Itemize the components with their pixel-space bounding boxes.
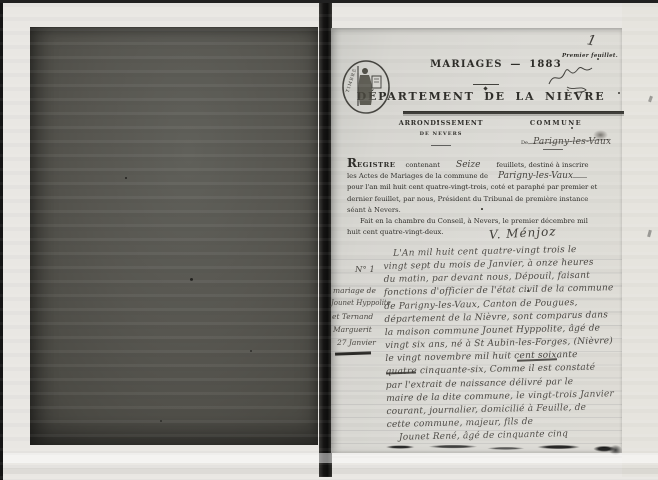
cover-speck [125,177,127,179]
scanner-top-edge [0,0,658,3]
book-back-cover [30,27,318,445]
scanned-register-image: 1 Premier feuillet. MARIAGES — 1883 DÉPA… [0,0,658,480]
notice-line: huit cent quatre-vingt-deux. [347,227,617,238]
scanner-glare-band [0,453,658,463]
margin-underline-flourish [335,351,371,355]
ink-stain [593,130,608,140]
act-margin-number: N° 1 [355,265,375,275]
notice-line: séant à Nevers. [347,205,617,216]
cover-speck [250,350,252,352]
arrondissement-label: ARRONDISSEMENT [391,119,491,127]
register-notice-paragraph: REGISTREcontenantSeizefeuillets, destiné… [347,158,617,238]
department-heading: DÉPARTEMENT DE LA NIÈVRE [356,90,606,103]
page-fore-edge-strip [622,3,658,477]
registre-word: EGISTRE [357,161,395,169]
cover-speck [190,278,193,281]
page-speck [527,290,529,292]
notice-text: feuillets, destiné à inscrire [496,161,588,169]
title-rule [473,84,499,85]
act-margin-note: et Ternand [332,312,373,321]
notice-text: contenant [405,161,440,169]
page-speck [481,208,483,210]
commune-handwritten: Parigny-les-Vaux [498,171,573,181]
notice-line: les Actes de Mariages de la commune dePa… [347,171,617,182]
commune-rule [543,149,563,150]
page-speck [618,92,620,94]
page-bottom-smudge [381,443,621,452]
act-margin-note: Jounet Hyppolite [331,299,391,307]
register-title: MARIAGES — 1883 [386,59,606,70]
cover-speck [160,420,162,422]
arrondissement-rule [431,145,451,146]
president-signature: V. Ménjoz [489,224,557,242]
notice-line: Fait en la chambre du Conseil, à Nevers,… [347,216,617,227]
notice-text: les Actes de Mariages de la commune de [347,172,488,180]
act-margin-note: mariage de [333,286,376,295]
registre-initial: R [347,156,357,170]
notice-line: pour l'an mil huit cent quatre-vingt-tro… [347,182,617,193]
act-body-text: L'An mil huit cent quatre-vingt trois le… [383,243,626,445]
act-margin-note: Marguerit [333,325,372,334]
page-speck [437,120,439,122]
page-speck [597,58,599,60]
notice-line: REGISTREcontenantSeizefeuillets, destiné… [347,158,617,171]
commune-prefix: De [521,140,528,146]
commune-label: COMMUNE [511,119,601,127]
feuillets-count-handwritten: Seize [456,160,480,170]
fill-rule [573,171,587,178]
scanner-shadow-band [0,468,658,474]
arrondissement-value: DE NEVERS [391,131,491,137]
register-page: 1 Premier feuillet. MARIAGES — 1883 DÉPA… [331,28,622,453]
act-margin-note: 27 Janvier [337,338,376,347]
scanner-left-edge [0,0,3,480]
department-rule [403,111,624,114]
handwritten-folio-number: 1 [585,32,597,50]
notice-line: dernier feuillet, par nous, Président du… [347,194,617,205]
page-speck [571,127,573,129]
timbre-stamp-icon: TIMBRE [339,58,393,118]
